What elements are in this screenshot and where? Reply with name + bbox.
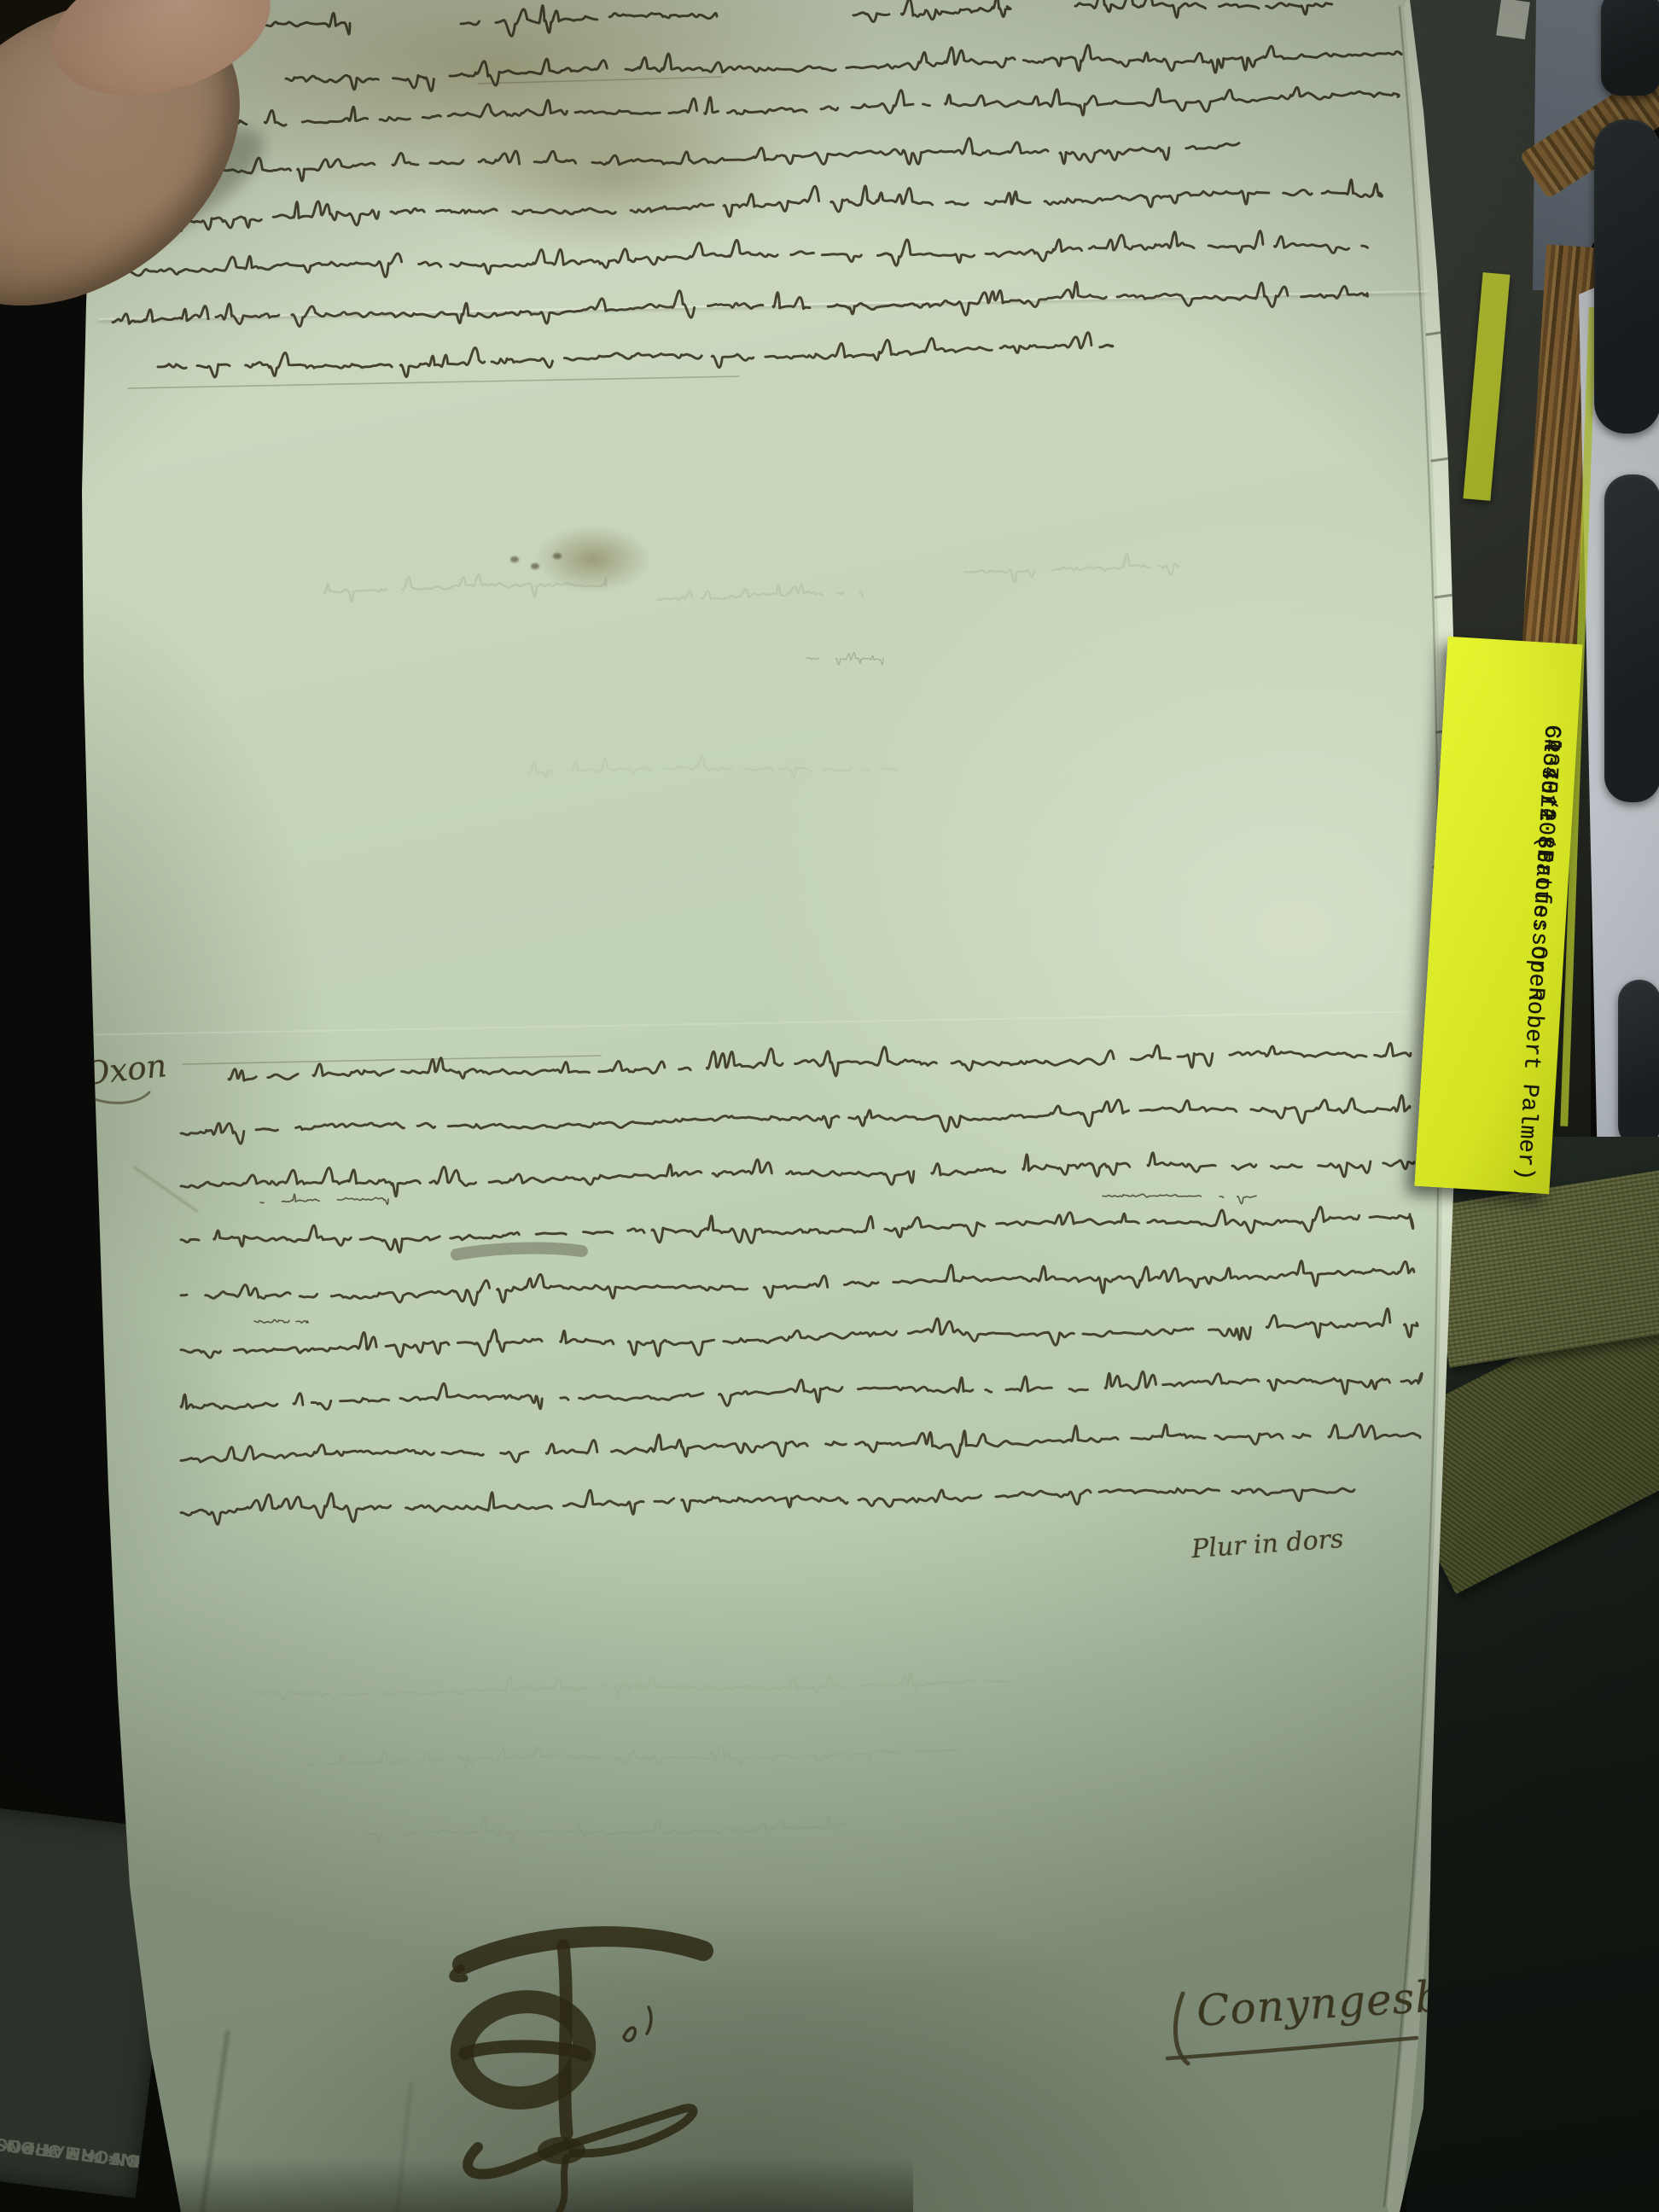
note-closure-status: Closure status: Open bbox=[1515, 724, 1571, 1002]
paper-edge-sliver bbox=[1496, 0, 1530, 39]
parchment-membrane: Oxon Plur in dors Conyngesby bbox=[0, 0, 1659, 2212]
dark-object bbox=[1601, 0, 1659, 96]
photograph-stage: ON THE OPPOSIT INFORMATION SH ✱ ✱ ✱ ✱ ✱ … bbox=[0, 0, 1659, 2212]
sign-stars-row: ✱ ✱ ✱ ✱ ✱ ✱ ✱ ✱ ✱ bbox=[0, 2124, 142, 2176]
dark-object bbox=[1618, 980, 1659, 1147]
dark-object bbox=[1604, 474, 1659, 802]
dark-object bbox=[1594, 119, 1659, 434]
manuscript-ink-layer bbox=[0, 0, 1659, 2212]
